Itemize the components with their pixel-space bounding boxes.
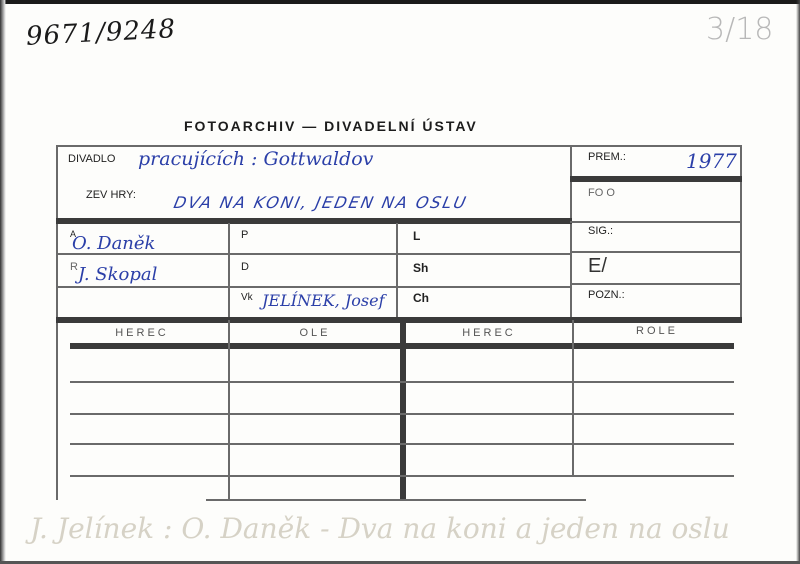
cast-header-top: [56, 317, 742, 323]
sig-label: SIG.:: [588, 225, 613, 237]
sheet-number: 3/18: [706, 12, 773, 47]
foto-divider: [570, 221, 742, 223]
sh-label: Sh: [413, 261, 428, 275]
ch-label: Ch: [413, 291, 429, 305]
crew-row-divider-2: [56, 286, 572, 288]
e-label: E/: [588, 255, 607, 278]
handwritten-caption: J. Jelínek : O. Daněk - Dva na koni a je…: [30, 512, 730, 545]
vk-label: Vk: [241, 292, 253, 303]
cast-header-role-2: ROLE: [574, 325, 740, 337]
divadlo-label: DIVADLO: [68, 153, 115, 165]
card-border-right: [740, 145, 742, 320]
cast-header-herec-1: HEREC: [56, 327, 228, 339]
cast-row-line-4: [70, 475, 734, 477]
photo-border-top: [0, 0, 800, 4]
cast-row-line-3: [70, 443, 734, 445]
foto-label: FO O: [588, 187, 615, 199]
divadlo-value: pracujících : Gottwaldov: [138, 148, 373, 170]
title-row-divider: [56, 218, 572, 224]
photo-border-left: [0, 0, 6, 564]
l-label: L: [413, 229, 420, 243]
crew-col-divider-1: [228, 223, 230, 320]
prem-value: 1977: [686, 149, 737, 173]
prem-divider: [570, 176, 742, 182]
cast-row-line-1: [70, 381, 734, 383]
cast-col-divider-2: [400, 320, 406, 500]
cast-col-divider-3: [572, 320, 574, 475]
e-divider: [570, 283, 742, 285]
pozn-label: POZN.:: [588, 289, 625, 301]
card-border-top: [56, 145, 742, 147]
card-title: FOTOARCHIV — DIVADELNÍ ÚSTAV: [184, 118, 478, 134]
p-label: P: [241, 229, 248, 241]
cast-header-role-1: OLE: [230, 327, 400, 339]
rezie-label: R: [70, 261, 78, 273]
crew-col-divider-2: [396, 223, 398, 320]
reference-number: 9671/9248: [25, 14, 176, 52]
d-label: D: [241, 261, 249, 273]
prem-label: PREM.:: [588, 151, 626, 163]
vk-value: JELÍNEK, Josef: [262, 291, 385, 310]
right-column-divider: [570, 145, 572, 320]
nazev-hry-label: ZEV HRY:: [86, 189, 136, 201]
cast-col-divider-1: [228, 320, 230, 500]
cast-row-line-5: [206, 499, 586, 501]
nazev-hry-value: DVA NA KONI, JEDEN NA OSLU: [172, 193, 469, 212]
cast-header-herec-2: HEREC: [406, 327, 572, 339]
autor-value: O. Daněk: [72, 233, 155, 254]
sig-divider: [570, 251, 742, 253]
cast-row-line-2: [70, 413, 734, 415]
photo-border-right: [796, 0, 800, 564]
rezie-value: J. Skopal: [78, 264, 157, 285]
catalog-card: DIVADLO ZEV HRY: PREM.: FO O A R P D Vk …: [56, 145, 742, 500]
